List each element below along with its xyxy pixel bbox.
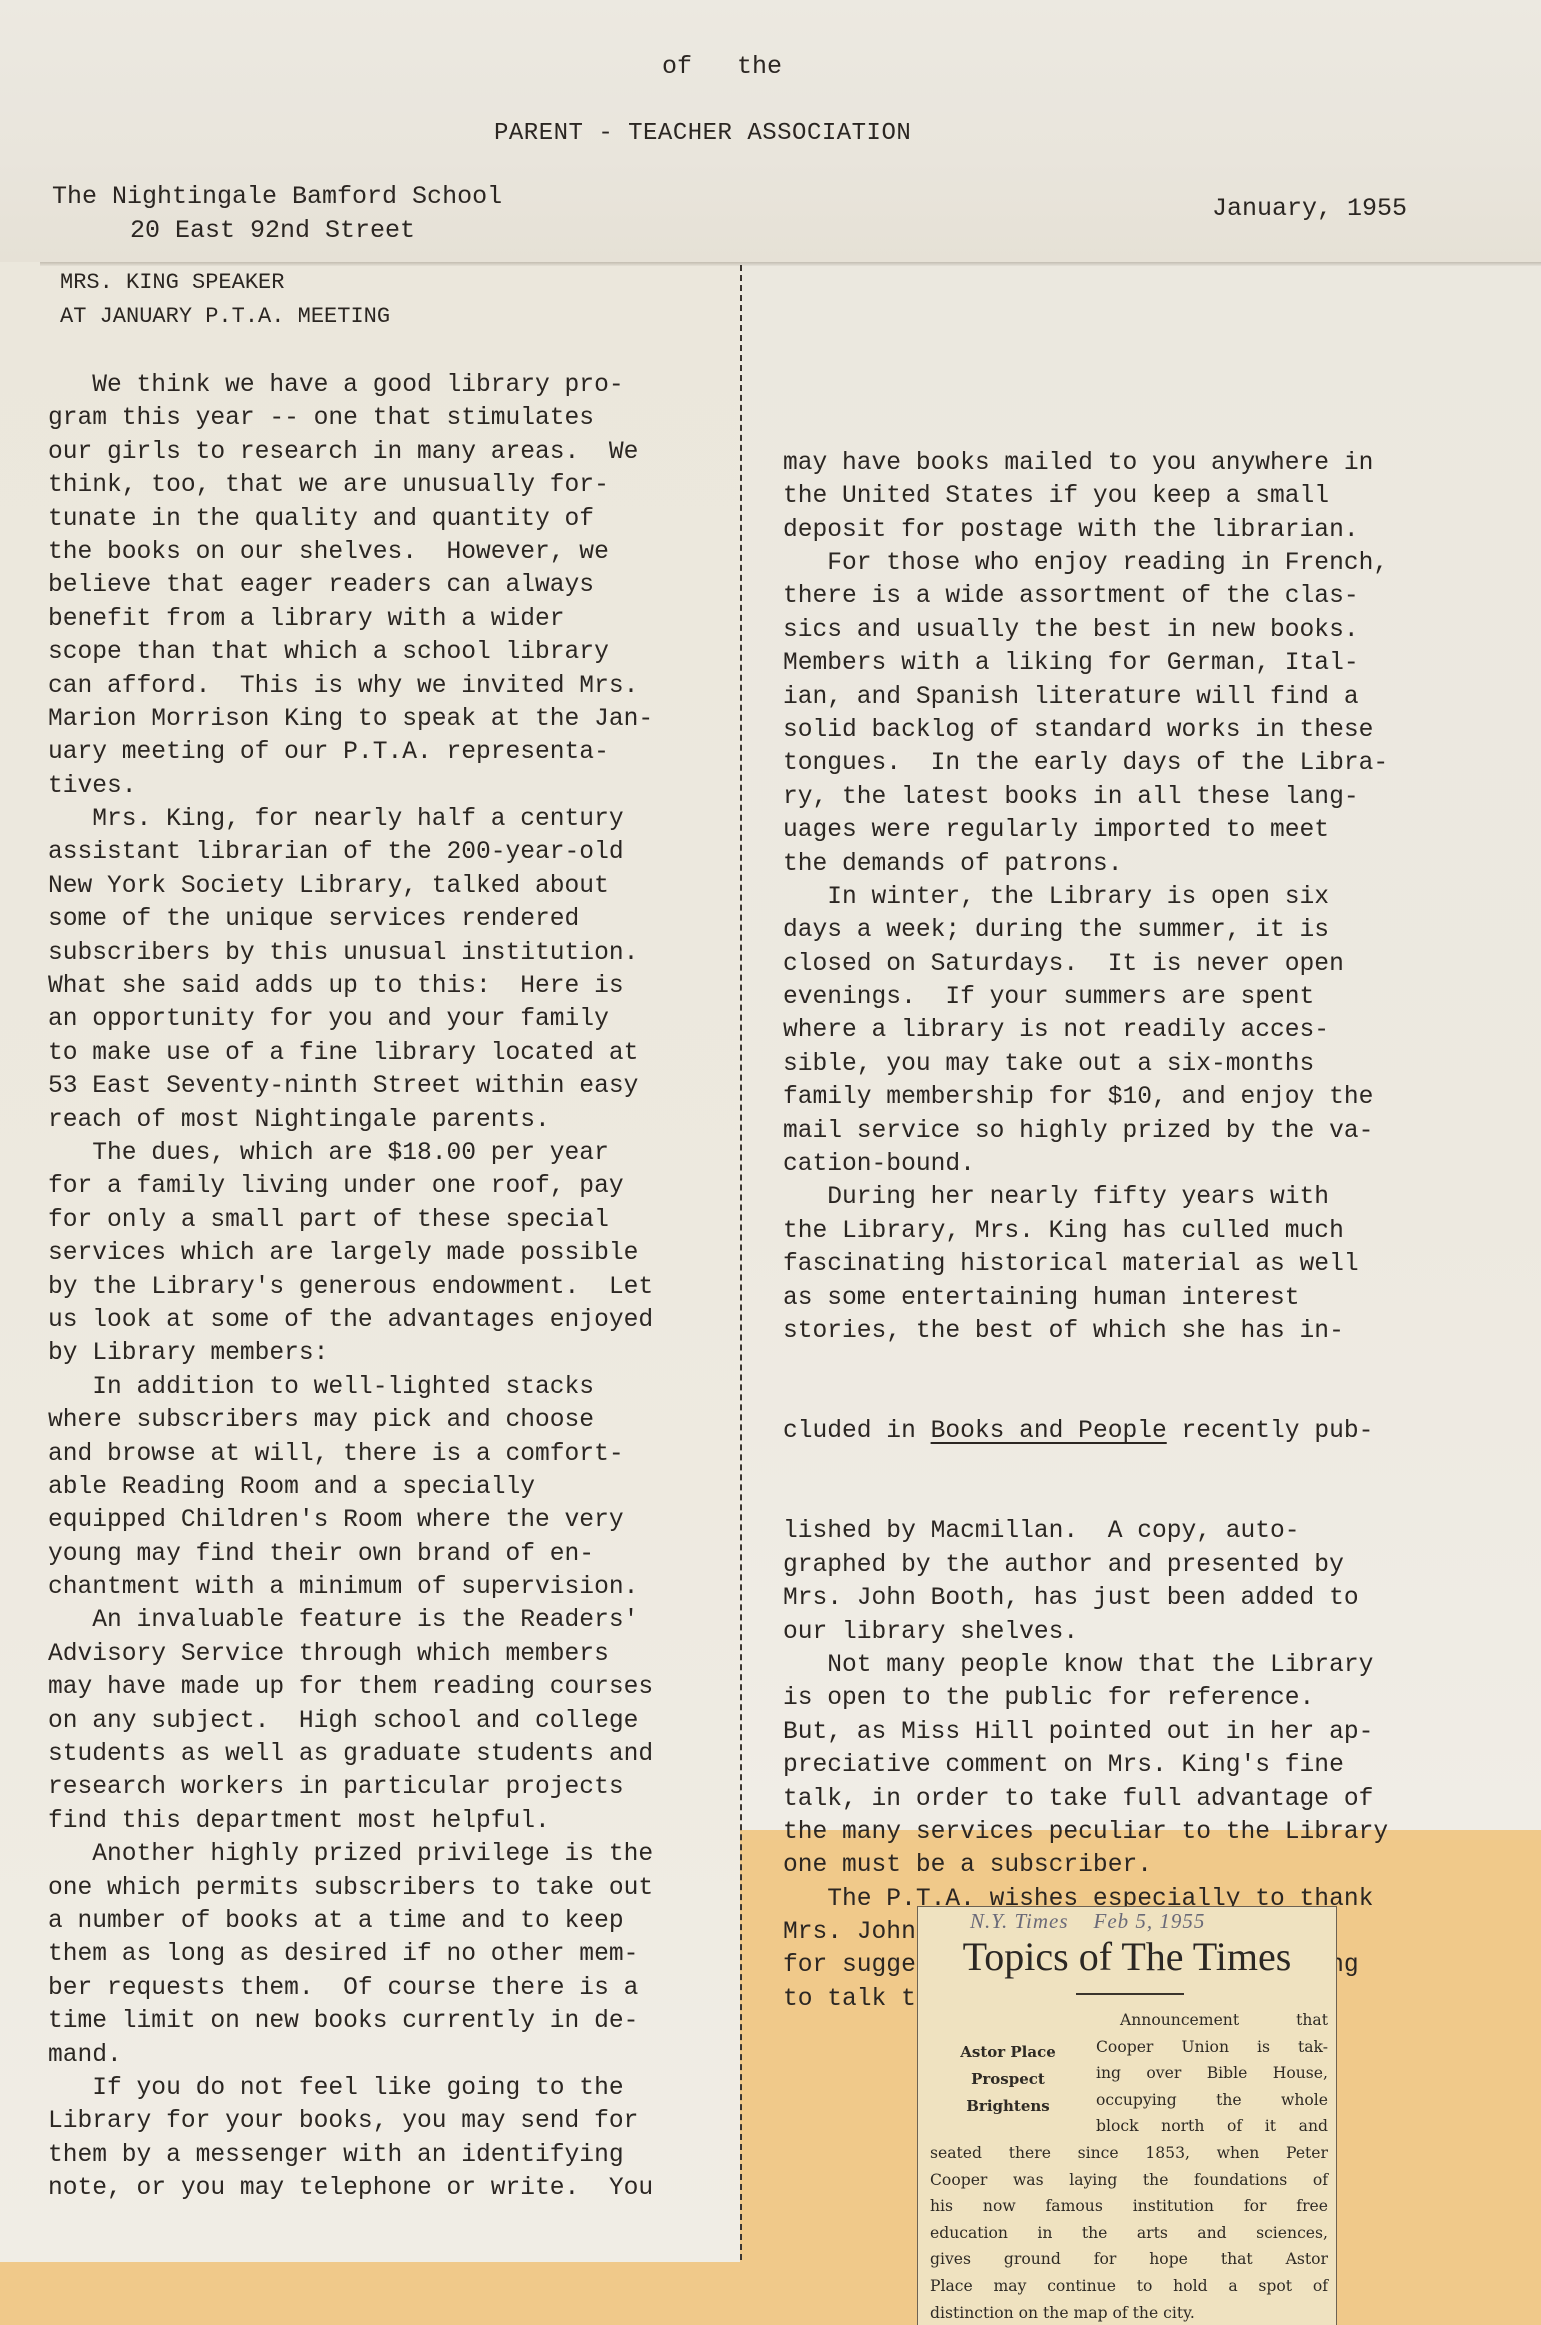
text-line: Marion Morrison King to speak at the Jan… <box>48 703 653 736</box>
text-line: graphed by the author and presented by <box>783 1549 1388 1582</box>
text-line: distinction on the map of the city. <box>930 2300 1328 2325</box>
text-line: as some entertaining human interest <box>783 1282 1388 1315</box>
text-line: Library for your books, you may send for <box>48 2105 653 2138</box>
clipping-title: Topics of The Times <box>930 1933 1324 1980</box>
text-line: preciative comment on Mrs. King's fine <box>783 1749 1388 1782</box>
text-line: sics and usually the best in new books. <box>783 614 1388 647</box>
article-left-column: We think we have a good library pro-gram… <box>48 369 653 2205</box>
text-line: Mrs. John Booth, has just been added to <box>783 1582 1388 1615</box>
text-line: our girls to research in many areas. We <box>48 436 653 469</box>
book-mention-line: cluded in Books and People recently pub- <box>783 1415 1388 1448</box>
school-name: The Nightingale Bamford School <box>52 182 502 211</box>
text-line: lished by Macmillan. A copy, auto- <box>783 1515 1388 1548</box>
text-line: one must be a subscriber. <box>783 1849 1388 1882</box>
text-line: the Library, Mrs. King has culled much <box>783 1215 1388 1248</box>
text-line: education in the arts and sciences, <box>930 2220 1328 2247</box>
text-line: An invaluable feature is the Readers' <box>48 1604 653 1637</box>
text-line: them by a messenger with an identifying <box>48 2139 653 2172</box>
text-line: Cooper Union is tak- <box>1096 2034 1328 2061</box>
text-line: services which are largely made possible <box>48 1237 653 1270</box>
text-line: occupying the whole <box>1096 2087 1328 2114</box>
text-line: young may find their own brand of en- <box>48 1538 653 1571</box>
text-line: family membership for $10, and enjoy the <box>783 1081 1388 1114</box>
article-headline-line-1: MRS. KING SPEAKER <box>60 270 284 295</box>
text-line: on any subject. High school and college <box>48 1705 653 1738</box>
text-line: where a library is not readily acces- <box>783 1014 1388 1047</box>
paste-seam <box>40 262 1541 266</box>
text-line: reach of most Nightingale parents. <box>48 1104 653 1137</box>
text-line: for a family living under one roof, pay <box>48 1170 653 1203</box>
text-line: and browse at will, there is a comfort- <box>48 1438 653 1471</box>
text-line: cation-bound. <box>783 1148 1388 1181</box>
text-line: ian, and Spanish literature will find a <box>783 681 1388 714</box>
text-line: find this department most helpful. <box>48 1805 653 1838</box>
text-line: students as well as graduate students an… <box>48 1738 653 1771</box>
newspaper-clipping: N.Y. Times Feb 5, 1955 Topics of The Tim… <box>917 1906 1337 2325</box>
text-line: Place may continue to hold a spot of <box>930 2273 1328 2300</box>
text-line: is open to the public for reference. <box>783 1682 1388 1715</box>
text-line: sible, you may take out a six-months <box>783 1048 1388 1081</box>
text-line: a number of books at a time and to keep <box>48 1905 653 1938</box>
text-line: Advisory Service through which members <box>48 1638 653 1671</box>
text-line: tunate in the quality and quantity of <box>48 503 653 536</box>
text-line: where subscribers may pick and choose <box>48 1404 653 1437</box>
text-line: ry, the latest books in all these lang- <box>783 781 1388 814</box>
text-line: research workers in particular projects <box>48 1771 653 1804</box>
text-line: uary meeting of our P.T.A. representa- <box>48 736 653 769</box>
organization-name: PARENT - TEACHER ASSOCIATION <box>494 120 911 147</box>
text-line: ing over Bible House, <box>1096 2060 1328 2087</box>
text-line: seated there since 1853, when Peter <box>930 2140 1328 2167</box>
text-line: think, too, that we are unusually for- <box>48 469 653 502</box>
text-line: We think we have a good library pro- <box>48 369 653 402</box>
text-line: us look at some of the advantages enjoye… <box>48 1304 653 1337</box>
text-line: solid backlog of standard works in these <box>783 714 1388 747</box>
text-line: assistant librarian of the 200-year-old <box>48 836 653 869</box>
text-line: his now famous institution for free <box>930 2193 1328 2220</box>
book-line-before: cluded in <box>783 1418 931 1445</box>
text-line: scope than that which a school library <box>48 636 653 669</box>
text-line: tongues. In the early days of the Libra- <box>783 747 1388 780</box>
text-line: But, as Miss Hill pointed out in her ap- <box>783 1716 1388 1749</box>
text-line: deposit for postage with the librarian. <box>783 514 1388 547</box>
clipping-side-heading: Astor Place Prospect Brightens <box>938 2039 1078 2120</box>
text-line: Mrs. King, for nearly half a century <box>48 803 653 836</box>
text-line: ber requests them. Of course there is a <box>48 1972 653 2005</box>
text-line: by Library members: <box>48 1337 653 1370</box>
side-heading-line: Prospect <box>938 2066 1078 2093</box>
text-line: In winter, the Library is open six <box>783 881 1388 914</box>
side-heading-line: Astor Place <box>938 2039 1078 2066</box>
text-line: the demands of patrons. <box>783 848 1388 881</box>
title-rule <box>1076 1993 1184 1995</box>
text-line: The dues, which are $18.00 per year <box>48 1137 653 1170</box>
text-line: to make use of a fine library located at <box>48 1037 653 1070</box>
text-line: the many services peculiar to the Librar… <box>783 1816 1388 1849</box>
issue-date: January, 1955 <box>1212 194 1407 223</box>
school-address: 20 East 92nd Street <box>130 216 415 245</box>
book-line-after: recently pub- <box>1167 1418 1374 1445</box>
text-line: mand. <box>48 2039 653 2072</box>
clipping-body-indented: Announcement thatCooper Union is tak-ing… <box>1096 2007 1328 2140</box>
text-line: In addition to well-lighted stacks <box>48 1371 653 1404</box>
text-line: an opportunity for you and your family <box>48 1003 653 1036</box>
article-headline-line-2: AT JANUARY P.T.A. MEETING <box>60 304 390 329</box>
text-line: closed on Saturdays. It is never open <box>783 948 1388 981</box>
text-line: one which permits subscribers to take ou… <box>48 1872 653 1905</box>
text-line: Members with a liking for German, Ital- <box>783 647 1388 680</box>
text-line: may have made up for them reading course… <box>48 1671 653 1704</box>
text-line: What she said adds up to this: Here is <box>48 970 653 1003</box>
text-line: fascinating historical material as well <box>783 1248 1388 1281</box>
text-line: evenings. If your summers are spent <box>783 981 1388 1014</box>
text-line: If you do not feel like going to the <box>48 2072 653 2105</box>
text-line: subscribers by this unusual institution. <box>48 937 653 970</box>
text-line: Cooper was laying the foundations of <box>930 2167 1328 2194</box>
text-line: stories, the best of which she has in- <box>783 1315 1388 1348</box>
text-line: benefit from a library with a wider <box>48 603 653 636</box>
text-line: Announcement that <box>1096 2007 1328 2034</box>
text-line: note, or you may telephone or write. You <box>48 2172 653 2205</box>
text-line: 53 East Seventy-ninth Street within easy <box>48 1070 653 1103</box>
text-line: For those who enjoy reading in French, <box>783 547 1388 580</box>
text-line: the books on our shelves. However, we <box>48 536 653 569</box>
text-line: believe that eager readers can always <box>48 569 653 602</box>
text-line: there is a wide assortment of the clas- <box>783 580 1388 613</box>
text-line: gram this year -- one that stimulates <box>48 402 653 435</box>
text-line: days a week; during the summer, it is <box>783 914 1388 947</box>
text-line: mail service so highly prized by the va- <box>783 1115 1388 1148</box>
text-line: our library shelves. <box>783 1616 1388 1649</box>
clipping-body-full: seated there since 1853, when PeterCoope… <box>930 2140 1328 2325</box>
text-line: them as long as desired if no other mem- <box>48 1938 653 1971</box>
article-right-column: may have books mailed to you anywhere in… <box>783 380 1388 2050</box>
text-line: for only a small part of these special <box>48 1204 653 1237</box>
right-column-part-a: may have books mailed to you anywhere in… <box>783 447 1388 1349</box>
text-line: equipped Children's Room where the very <box>48 1504 653 1537</box>
text-line: Not many people know that the Library <box>783 1649 1388 1682</box>
handwritten-source-note: N.Y. Times Feb 5, 1955 <box>970 1909 1205 1934</box>
header-of-the: of the <box>662 52 782 81</box>
text-line: can afford. This is why we invited Mrs. <box>48 670 653 703</box>
text-line: talk, in order to take full advantage of <box>783 1783 1388 1816</box>
text-line: time limit on new books currently in de- <box>48 2005 653 2038</box>
text-line: some of the unique services rendered <box>48 903 653 936</box>
text-line: may have books mailed to you anywhere in <box>783 447 1388 480</box>
text-line: gives ground for hope that Astor <box>930 2246 1328 2273</box>
book-title: Books and People <box>931 1418 1167 1445</box>
text-line: uages were regularly imported to meet <box>783 814 1388 847</box>
text-line: by the Library's generous endowment. Let <box>48 1271 653 1304</box>
side-heading-line: Brightens <box>938 2093 1078 2120</box>
text-line: New York Society Library, talked about <box>48 870 653 903</box>
text-line: the United States if you keep a small <box>783 480 1388 513</box>
text-line: block north of it and <box>1096 2113 1328 2140</box>
text-line: tives. <box>48 770 653 803</box>
text-line: able Reading Room and a specially <box>48 1471 653 1504</box>
text-line: Another highly prized privilege is the <box>48 1838 653 1871</box>
text-line: During her nearly fifty years with <box>783 1181 1388 1214</box>
text-line: chantment with a minimum of supervision. <box>48 1571 653 1604</box>
column-divider <box>740 265 742 2260</box>
